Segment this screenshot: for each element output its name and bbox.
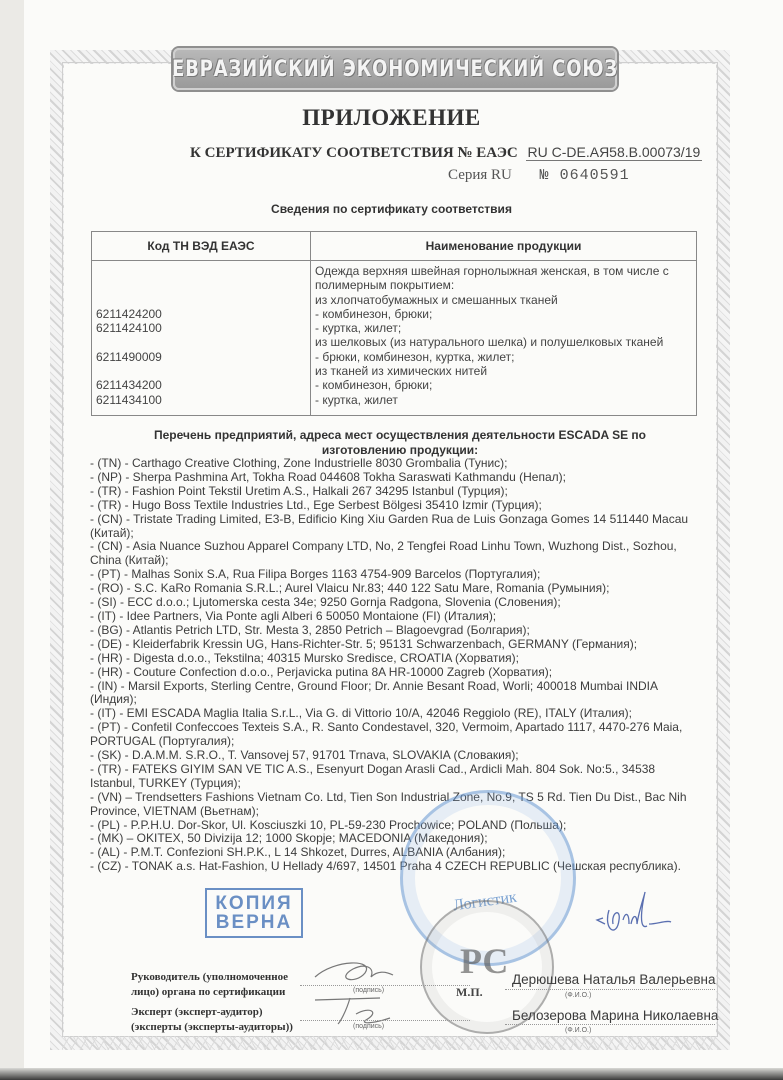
- list-item: - (CZ) - TONAK a.s. Hat-Fashion, U Hella…: [90, 860, 700, 874]
- certificate-prefix: К СЕРТИФИКАТУ СООТВЕТСТВИЯ № ЕАЭС: [190, 145, 518, 161]
- factories-heading: Перечень предприятий, адреса мест осущес…: [120, 428, 680, 458]
- copy-stamp-line2: ВЕРНА: [207, 913, 301, 932]
- list-item: - (RO) - S.C. KaRo Romania S.R.L.; Aurel…: [90, 582, 700, 596]
- list-item: - (PT) - Confetil Confeccoes Texteis S.A…: [90, 721, 700, 749]
- seal-mark: М.П.: [456, 985, 483, 1000]
- expert-label-line1: Эксперт (эксперт-аудитор): [131, 1005, 293, 1020]
- product-line: - брюки, комбинезон, куртка, жилет;: [315, 350, 692, 364]
- column-header-product: Наименование продукции: [311, 232, 697, 261]
- list-item: - (SK) - D.A.M.M. S.R.O., T. Vansovej 57…: [90, 749, 700, 763]
- head-signature-caption: (подпись): [353, 987, 384, 994]
- document-title: ПРИЛОЖЕНИЕ: [0, 105, 783, 131]
- list-item: - (IT) - EMI ESCADA Maglia Italia S.r.L.…: [90, 707, 700, 721]
- list-item: - (AL) - P.M.T. Confezioni SH.P.K., L 14…: [90, 846, 700, 860]
- list-item: - (PL) - P.P.H.U. Dor-Skor, Ul. Kosciusz…: [90, 819, 700, 833]
- product-line: Одежда верхняя швейная горнолыжная женск…: [315, 264, 692, 293]
- expert-signature-line: [300, 1020, 470, 1021]
- code-line: [96, 335, 306, 349]
- code-line: 6211424100: [96, 321, 306, 335]
- page-edge-shadow: [0, 1068, 783, 1080]
- copy-stamp-line1: КОПИЯ: [207, 894, 301, 913]
- certificate-reference: К СЕРТИФИКАТУ СООТВЕТСТВИЯ № ЕАЭС RU C-D…: [190, 144, 702, 162]
- products-table: Код ТН ВЭД ЕАЭС Наименование продукции 6…: [91, 231, 697, 416]
- list-item: - (TR) - FATEKS GIYIM SAN VE TIC A.S., E…: [90, 763, 700, 791]
- factories-list: - (TN) - Carthago Creative Clothing, Zon…: [90, 457, 700, 874]
- code-line: [96, 264, 306, 278]
- rs-logo-icon: РС: [460, 940, 510, 990]
- banner-text: ЕВРАЗИЙСКИЙ ЭКОНОМИЧЕСКИЙ СОЮЗ: [172, 57, 618, 82]
- expert-name-caption: (Ф.И.О.): [565, 1027, 591, 1034]
- list-item: - (HR) - Couture Confection d.o.o., Perj…: [90, 666, 700, 680]
- list-item: - (MK) – OKITEX, 50 Divizija 12; 1000 Sk…: [90, 832, 700, 846]
- code-line: 6211424200: [96, 307, 306, 321]
- expert-name: Белозерова Марина Николаевна: [512, 1008, 718, 1023]
- expert-signature-caption: (подпись): [353, 1023, 384, 1030]
- head-signature-line: [300, 985, 470, 986]
- table-row: 6211424200 6211424100 6211490009 6211434…: [92, 261, 697, 416]
- list-item: - (IT) - Idee Partners, Via Ponte agli A…: [90, 610, 700, 624]
- head-label: Руководитель (уполномоченное лицо) орган…: [131, 970, 288, 1000]
- series-number: № 0640591: [540, 167, 630, 184]
- certificate-number: RU C-DE.АЯ58.В.00073/19: [526, 144, 703, 161]
- expert-label: Эксперт (эксперт-аудитор) (эксперты (экс…: [131, 1005, 293, 1035]
- series-label: Серия RU: [448, 167, 512, 183]
- product-line: - куртка, жилет: [315, 393, 692, 407]
- head-label-line2: лицо) органа по сертификации: [131, 985, 288, 1000]
- info-heading: Сведения по сертификату соответствия: [0, 202, 783, 216]
- list-item: - (BG) - Atlantis Petrich LTD, Str. Mest…: [90, 624, 700, 638]
- list-item: - (TR) - Hugo Boss Textile Industries Lt…: [90, 499, 700, 513]
- list-item: - (IN) - Marsil Exports, Sterling Centre…: [90, 680, 700, 708]
- head-label-line1: Руководитель (уполномоченное: [131, 970, 288, 985]
- product-line: из хлопчатобумажных и смешанных тканей: [315, 293, 692, 307]
- list-item: - (TR) - Fashion Point Tekstil Uretim A.…: [90, 485, 700, 499]
- product-line: - комбинезон, брюки;: [315, 307, 692, 321]
- head-name-line: [505, 989, 715, 990]
- expert-label-line2: (эксперты (эксперты-аудиторы)): [131, 1020, 293, 1035]
- product-line: - комбинезон, брюки;: [315, 378, 692, 392]
- head-name-caption: (Ф.И.О.): [565, 992, 591, 999]
- copy-certified-stamp: КОПИЯ ВЕРНА: [205, 888, 303, 938]
- bottom-guilloche-strip: [62, 1036, 718, 1050]
- code-line: 6211490009: [96, 350, 306, 364]
- table-header-row: Код ТН ВЭД ЕАЭС Наименование продукции: [92, 232, 697, 261]
- code-line: [96, 293, 306, 307]
- list-item: - (HR) - Digesta d.o.o., Tekstilna; 4031…: [90, 652, 700, 666]
- product-line: из тканей из химических нитей: [315, 364, 692, 378]
- blue-signature-icon: [595, 890, 675, 945]
- list-item: - (PT) - Malhas Sonix S.A, Rua Filipa Bo…: [90, 568, 700, 582]
- codes-cell: 6211424200 6211424100 6211490009 6211434…: [92, 261, 311, 416]
- list-item: - (SI) - ECC d.o.o.; Ljutomerska cesta 3…: [90, 596, 700, 610]
- code-line: [96, 364, 306, 378]
- expert-name-line: [505, 1024, 715, 1025]
- code-line: 6211434200: [96, 378, 306, 392]
- product-line: из шелковых (из натурального шелка) и по…: [315, 335, 692, 349]
- eaeu-banner: ЕВРАЗИЙСКИЙ ЭКОНОМИЧЕСКИЙ СОЮЗ: [173, 48, 617, 90]
- column-header-code: Код ТН ВЭД ЕАЭС: [92, 232, 311, 261]
- product-line: - куртка, жилет;: [315, 321, 692, 335]
- list-item: - (VN) – Trendsetters Fashions Vietnam C…: [90, 791, 700, 819]
- head-name: Дерюшева Наталья Валерьевна: [512, 972, 715, 987]
- list-item: - (NP) - Sherpa Pashmina Art, Tokha Road…: [90, 471, 700, 485]
- list-item: - (DE) - Kleiderfabrik Kressin UG, Hans-…: [90, 638, 700, 652]
- products-cell: Одежда верхняя швейная горнолыжная женск…: [311, 261, 697, 416]
- series-line: Серия RU № 0640591: [448, 167, 630, 184]
- list-item: - (CN) - Asia Nuance Suzhou Apparel Comp…: [90, 540, 700, 568]
- list-item: - (CN) - Tristate Trading Limited, E3-B,…: [90, 513, 700, 541]
- code-line: [96, 278, 306, 292]
- list-item: - (TN) - Carthago Creative Clothing, Zon…: [90, 457, 700, 471]
- code-line: 6211434100: [96, 393, 306, 407]
